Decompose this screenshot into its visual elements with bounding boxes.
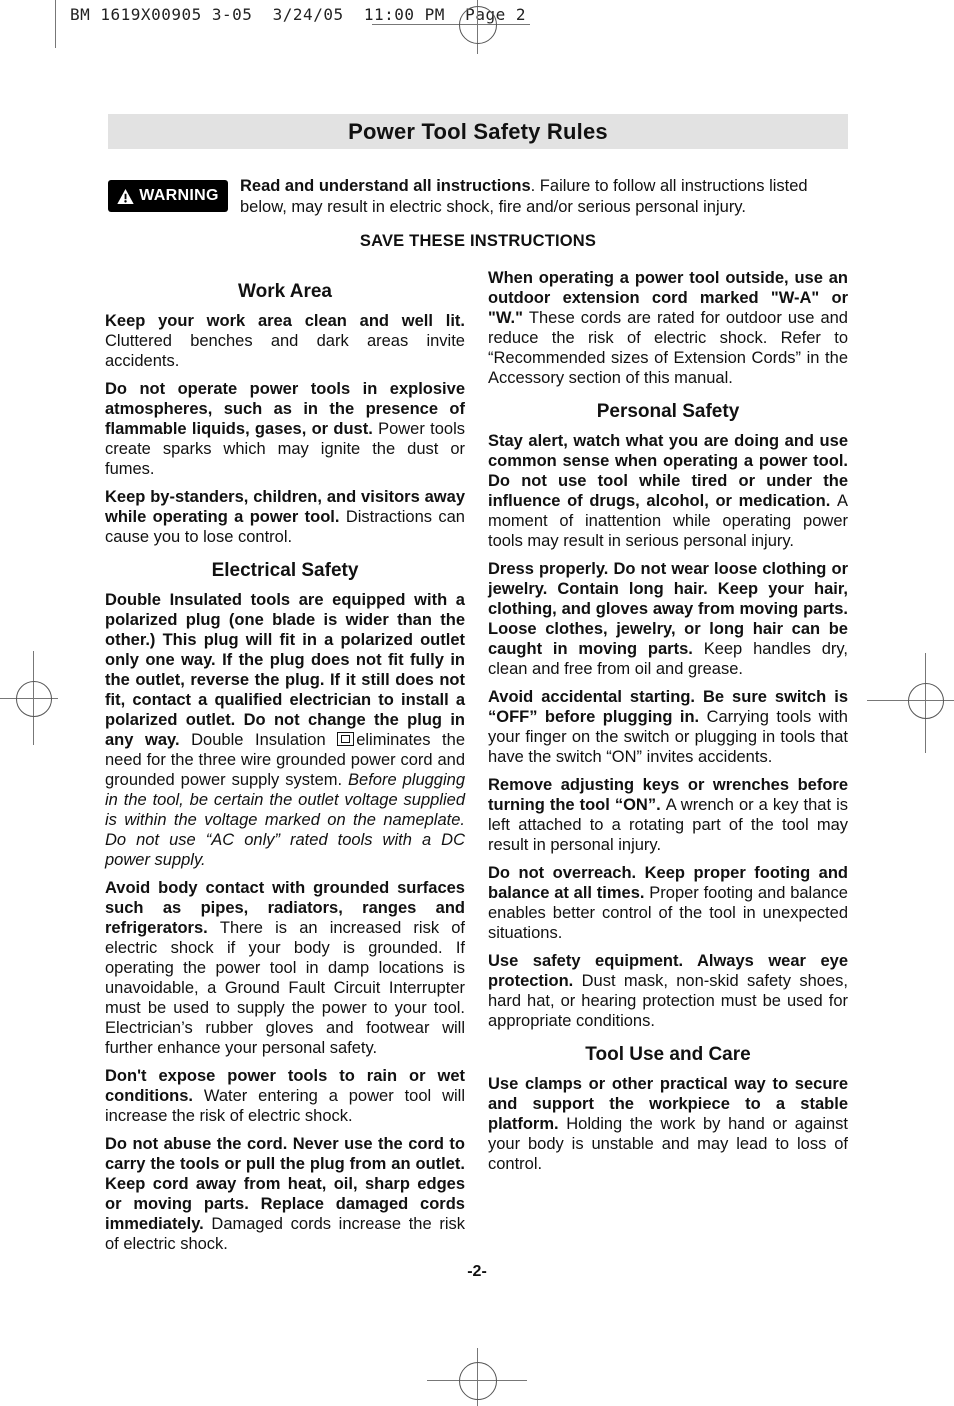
rule-paragraph: Do not operate power tools in explosive … xyxy=(105,379,465,479)
print-slug: BM 1619X00905 3-05 3/24/05 11:00 PM Page… xyxy=(70,5,526,24)
double-insulation-icon xyxy=(337,732,354,746)
crop-mark-top-icon xyxy=(459,6,497,44)
crop-mark-left-icon xyxy=(16,681,52,717)
crop-mark-right-icon xyxy=(908,683,944,719)
rule-paragraph: Avoid accidental starting. Be sure switc… xyxy=(488,687,848,767)
rule-paragraph: Do not overreach. Keep proper footing an… xyxy=(488,863,848,943)
text-segment: Stay alert, watch what you are doing and… xyxy=(488,432,848,510)
warning-triangle-icon xyxy=(117,189,134,204)
double-insulation-inner-square xyxy=(341,735,350,743)
rule-paragraph: When operating a power tool outside, use… xyxy=(488,268,848,388)
crop-mark-top-hline xyxy=(372,24,530,25)
rule-paragraph: Use safety equipment. Always wear eye pr… xyxy=(488,951,848,1031)
manual-page: BM 1619X00905 3-05 3/24/05 11:00 PM Page… xyxy=(0,0,954,1406)
rule-paragraph: Double Insulated tools are equipped with… xyxy=(105,590,465,870)
section-heading: Tool Use and Care xyxy=(488,1044,848,1066)
rule-paragraph: Do not abuse the cord. Never use the cor… xyxy=(105,1134,465,1254)
save-instructions-line: SAVE THESE INSTRUCTIONS xyxy=(108,232,848,251)
rule-paragraph: Keep by-standers, children, and visitors… xyxy=(105,487,465,547)
text-segment: There is an increased risk of electric s… xyxy=(105,919,465,1057)
page-title: Power Tool Safety Rules xyxy=(348,119,608,145)
rule-paragraph: Avoid body contact with grounded surface… xyxy=(105,878,465,1058)
warning-badge: WARNING xyxy=(108,180,228,212)
section-heading: Electrical Safety xyxy=(105,560,465,582)
text-segment: Double Insulated tools are equipped with… xyxy=(105,591,465,749)
rule-paragraph: Stay alert, watch what you are doing and… xyxy=(488,431,848,551)
warning-label: WARNING xyxy=(139,187,218,205)
rule-paragraph: Keep your work area clean and well lit. … xyxy=(105,311,465,371)
rule-paragraph: Remove adjusting keys or wrenches before… xyxy=(488,775,848,855)
warning-lead-bold: Read and understand all instructions xyxy=(240,177,531,195)
text-segment: Cluttered benches and dark areas invite … xyxy=(105,332,465,370)
column-right: When operating a power tool outside, use… xyxy=(488,268,848,1262)
warning-text: Read and understand all instructions. Fa… xyxy=(240,176,852,218)
safety-rules-columns: Work AreaKeep your work area clean and w… xyxy=(105,268,849,1262)
slug-divider-line xyxy=(55,0,56,48)
title-bar: Power Tool Safety Rules xyxy=(108,114,848,149)
section-heading: Work Area xyxy=(105,281,465,303)
rule-paragraph: Dress properly. Do not wear loose clothi… xyxy=(488,559,848,679)
rule-paragraph: Don't expose power tools to rain or wet … xyxy=(105,1066,465,1126)
rule-paragraph: Use clamps or other practical way to sec… xyxy=(488,1074,848,1174)
text-segment: Keep your work area clean and well lit. xyxy=(105,312,465,330)
crop-mark-bottom-icon xyxy=(459,1362,497,1400)
text-segment: These cords are rated for outdoor use an… xyxy=(488,309,848,387)
column-left: Work AreaKeep your work area clean and w… xyxy=(105,268,465,1262)
section-heading: Personal Safety xyxy=(488,401,848,423)
text-segment: Double Insulation xyxy=(191,731,337,749)
page-number: -2- xyxy=(0,1263,954,1281)
